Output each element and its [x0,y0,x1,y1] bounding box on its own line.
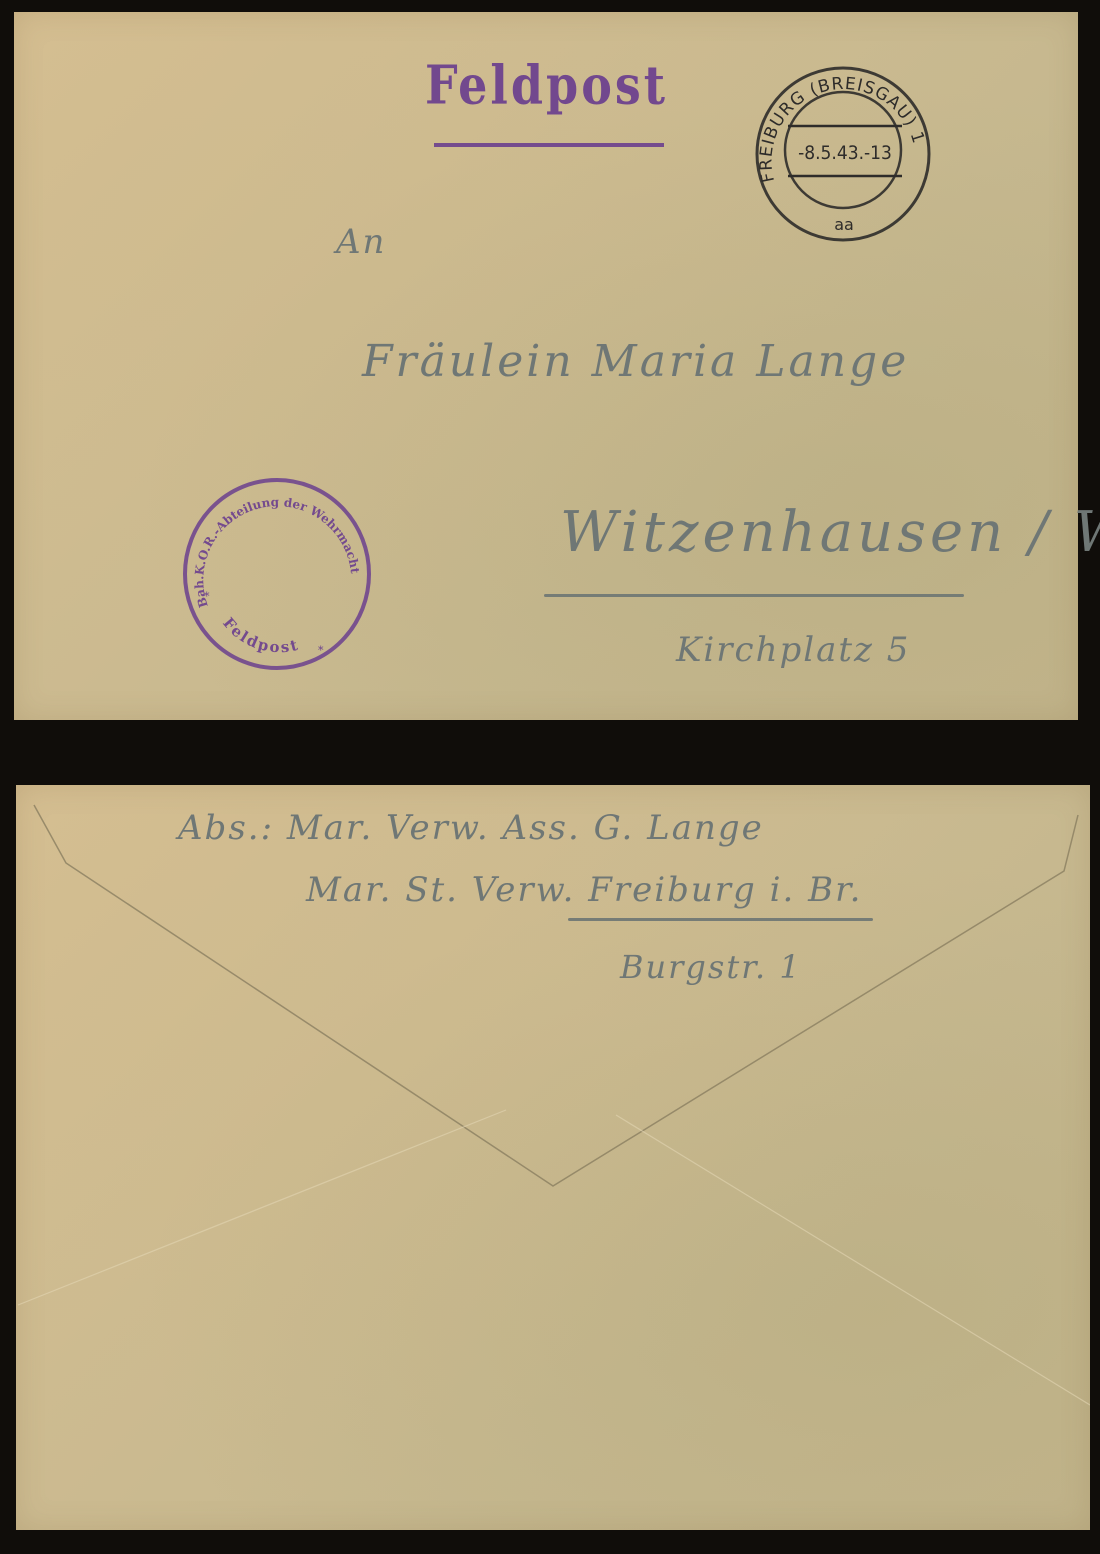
seal-star-left: * [204,590,210,603]
unit-seal-stamp: Bah.K.O.R.-Abteilung der Wehrmacht * * F… [178,476,376,674]
seal-star-right: * [318,644,324,657]
recipient-street: Kirchplatz 5 [676,630,910,670]
address-salutation: An [336,222,386,262]
feldpost-underline [434,143,664,147]
recipient-name: Fräulein Maria Lange [362,336,909,387]
recipient-city: Witzenhausen / Werra [560,500,1100,565]
freiburg-postmark: FREIBURG (BREISGAU) 1 -8.5.43.-13 aa [748,66,938,242]
postmark-date: -8.5.43.-13 [798,142,892,164]
sender-line-2: Mar. St. Verw. Freiburg i. Br. [306,870,862,910]
seal-bottom-text: Feldpost [219,614,301,656]
sender-city-underline [568,918,873,921]
postmark-letters: aa [834,215,854,234]
seal-top-text: Bah.K.O.R.-Abteilung der Wehrmacht [192,495,362,609]
sender-line-3: Burgstr. 1 [620,948,802,986]
sender-line-1: Abs.: Mar. Verw. Ass. G. Lange [178,808,764,848]
svg-text:Bah.K.O.R.-Abteilung der Wehrm: Bah.K.O.R.-Abteilung der Wehrmacht [192,495,362,609]
feldpost-header-stamp: Feldpost [425,59,665,112]
city-underline [544,594,964,597]
svg-text:Feldpost: Feldpost [219,614,301,656]
